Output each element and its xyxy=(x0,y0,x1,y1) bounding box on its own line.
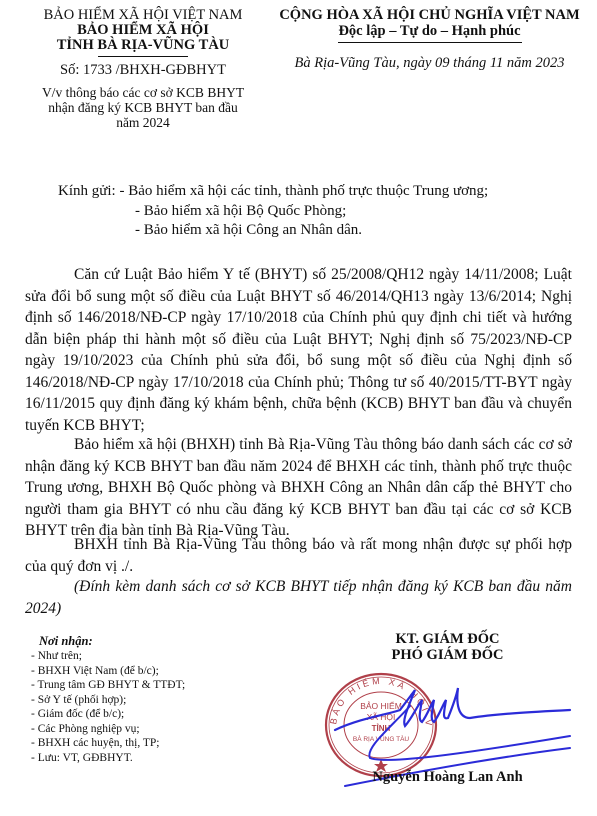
distribution-item: - Như trên; xyxy=(31,649,185,664)
paragraph-text: BHXH tỉnh Bà Rịa-Vũng Tàu thông báo và r… xyxy=(25,534,572,577)
distribution-item: - Sở Y tế (phối hợp); xyxy=(31,693,185,708)
distribution-item: - BHXH Việt Nam (để b/c); xyxy=(31,664,185,679)
subject-line: V/v thông báo các cơ sở KCB BHYT xyxy=(0,85,286,100)
issuing-agency-header: BẢO HIỂM XÃ HỘI VIỆT NAM BẢO HIỂM XÃ HỘI… xyxy=(0,8,286,130)
distribution-list: Nơi nhận: - Như trên; - BHXH Việt Nam (đ… xyxy=(31,633,185,765)
document-number: Số: 1733 /BHXH-GĐBHYT xyxy=(0,62,286,78)
distribution-title: Nơi nhận: xyxy=(31,633,185,649)
recipient-item: - Bảo hiểm xã hội Công an Nhân dân. xyxy=(58,221,488,241)
paragraph-text: Bảo hiểm xã hội (BHXH) tỉnh Bà Rịa-Vũng … xyxy=(25,434,572,542)
paragraph-text: (Đính kèm danh sách cơ sở KCB BHYT tiếp … xyxy=(25,576,572,619)
body-paragraph-closing: BHXH tỉnh Bà Rịa-Vũng Tàu thông báo và r… xyxy=(25,534,572,577)
signer-title-2: PHÓ GIÁM ĐỐC xyxy=(340,647,555,663)
body-paragraph-attachment-note: (Đính kèm danh sách cơ sở KCB BHYT tiếp … xyxy=(25,576,572,619)
subject-line: năm 2024 xyxy=(0,115,286,130)
distribution-item: - Trung tâm GĐ BHYT & TTĐT; xyxy=(31,678,185,693)
body-paragraph-announcement: Bảo hiểm xã hội (BHXH) tỉnh Bà Rịa-Vũng … xyxy=(25,434,572,542)
agency-divider xyxy=(98,56,188,57)
recipients-block: Kính gửi: - Bảo hiểm xã hội các tỉnh, th… xyxy=(58,182,488,241)
recipient-row: Kính gửi: - Bảo hiểm xã hội các tỉnh, th… xyxy=(58,182,488,202)
recipient-item: - Bảo hiểm xã hội Bộ Quốc Phòng; xyxy=(58,202,488,222)
signature-block: KT. GIÁM ĐỐC PHÓ GIÁM ĐỐC Nguyễn Hoàng L… xyxy=(340,631,555,663)
document-subject: V/v thông báo các cơ sở KCB BHYT nhận đă… xyxy=(0,85,286,130)
national-header: CỘNG HÒA XÃ HỘI CHỦ NGHĨA VIỆT NAM Độc l… xyxy=(262,8,597,71)
subject-line: nhận đăng ký KCB BHYT ban đầu xyxy=(0,100,286,115)
nation-title: CỘNG HÒA XÃ HỘI CHỦ NGHĨA VIỆT NAM xyxy=(262,8,597,23)
paragraph-text: Căn cứ Luật Bảo hiểm Y tế (BHYT) số 25/2… xyxy=(25,264,572,436)
distribution-item: - Các Phòng nghiệp vụ; xyxy=(31,722,185,737)
agency-line-2: TỈNH BÀ RỊA-VŨNG TÀU xyxy=(0,38,286,53)
recipient-item: - Bảo hiểm xã hội các tỉnh, thành phố tr… xyxy=(119,183,488,199)
body-paragraph-legal-basis: Căn cứ Luật Bảo hiểm Y tế (BHYT) số 25/2… xyxy=(25,264,572,436)
distribution-item: - BHXH các huyện, thị, TP; xyxy=(31,736,185,751)
place-and-date: Bà Rịa-Vũng Tàu, ngày 09 tháng 11 năm 20… xyxy=(262,55,597,71)
distribution-item: - Lưu: VT, GĐBHYT. xyxy=(31,751,185,766)
signer-name: Nguyễn Hoàng Lan Anh xyxy=(340,769,555,786)
signer-title-1: KT. GIÁM ĐỐC xyxy=(340,631,555,647)
agency-parent: BẢO HIỂM XÃ HỘI VIỆT NAM xyxy=(0,8,286,23)
distribution-item: - Giám đốc (để b/c); xyxy=(31,707,185,722)
recipients-label: Kính gửi: xyxy=(58,183,116,199)
national-motto: Độc lập – Tự do – Hạnh phúc xyxy=(262,23,597,39)
agency-line-1: BẢO HIỂM XÃ HỘI xyxy=(0,23,286,38)
motto-divider xyxy=(338,42,522,43)
